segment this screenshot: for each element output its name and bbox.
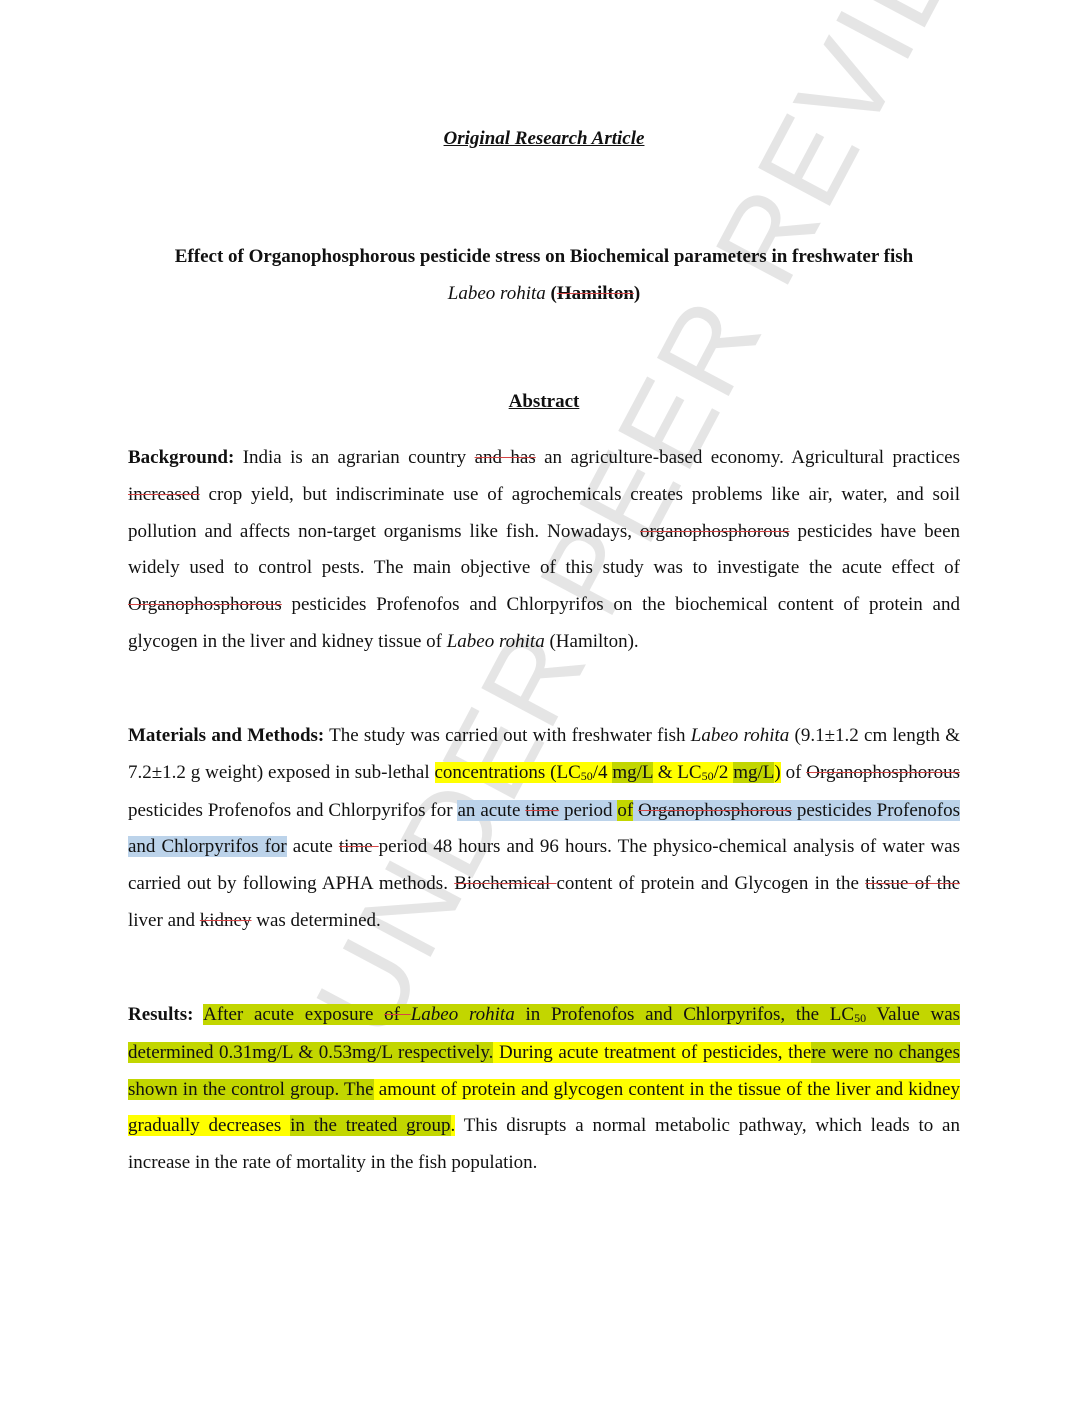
deleted-text: kidney — [200, 910, 252, 931]
highlight-yellow: & LC50/2 — [653, 762, 733, 783]
methods-paragraph: Materials and Methods: The study was car… — [128, 718, 960, 940]
text: acute — [287, 836, 339, 857]
text: was determined. — [251, 910, 380, 931]
species-name: Labeo rohita — [691, 725, 790, 746]
results-paragraph: Results: After acute exposure of Labeo r… — [128, 997, 960, 1182]
highlight-yellow: concentrations (LC50/4 — [435, 762, 613, 783]
highlight-green: mg/L — [733, 762, 774, 783]
deleted-text: and has — [475, 447, 536, 468]
document-page: UNDER PEER REVIEW Original Research Arti… — [0, 0, 1088, 1408]
deleted-text: organophosphorous — [640, 521, 790, 542]
text: pesticides Profenofos and Chlorpyrifos f… — [128, 800, 457, 821]
deleted-text: tissue of the — [865, 873, 960, 894]
deleted-text: time — [339, 836, 379, 857]
species-name: Labeo rohita — [447, 631, 545, 652]
background-paragraph: Background: India is an agrarian country… — [128, 440, 960, 661]
text: India is an agrarian country — [234, 447, 474, 468]
title-species: Labeo rohita — [448, 283, 546, 304]
deleted-text: Organophosphorous — [128, 594, 282, 615]
text: an agriculture-based economy. Agricultur… — [536, 447, 960, 468]
highlight-yellow: During acute treatment of pesticides, th… — [493, 1042, 811, 1063]
text: content of protein and Glycogen in the — [557, 873, 866, 894]
deleted-text: increased — [128, 484, 200, 505]
highlight-green: mg/L — [612, 762, 652, 783]
title-author-deleted: Hamilton — [557, 283, 634, 304]
methods-label: Materials and Methods: — [128, 725, 324, 746]
text: The study was carried out with freshwate… — [324, 725, 691, 746]
abstract-heading: Abstract — [0, 391, 1088, 413]
text: liver and — [128, 910, 200, 931]
title-paren: ) — [634, 283, 640, 304]
background-label: Background: — [128, 447, 234, 468]
deleted-text: Organophosphorous — [806, 762, 960, 783]
results-label: Results: — [128, 1004, 193, 1025]
highlight-green: in the treated group — [290, 1115, 450, 1136]
paper-title: Effect of Organophosphorous pesticide st… — [128, 238, 960, 312]
text: of — [781, 762, 807, 783]
text: (Hamilton). — [545, 631, 639, 652]
deleted-text: Biochemical — [454, 873, 556, 894]
title-main: Effect of Organophosphorous pesticide st… — [175, 246, 914, 267]
article-type-label: Original Research Article — [0, 128, 1088, 150]
title-paren: ( — [546, 283, 557, 304]
